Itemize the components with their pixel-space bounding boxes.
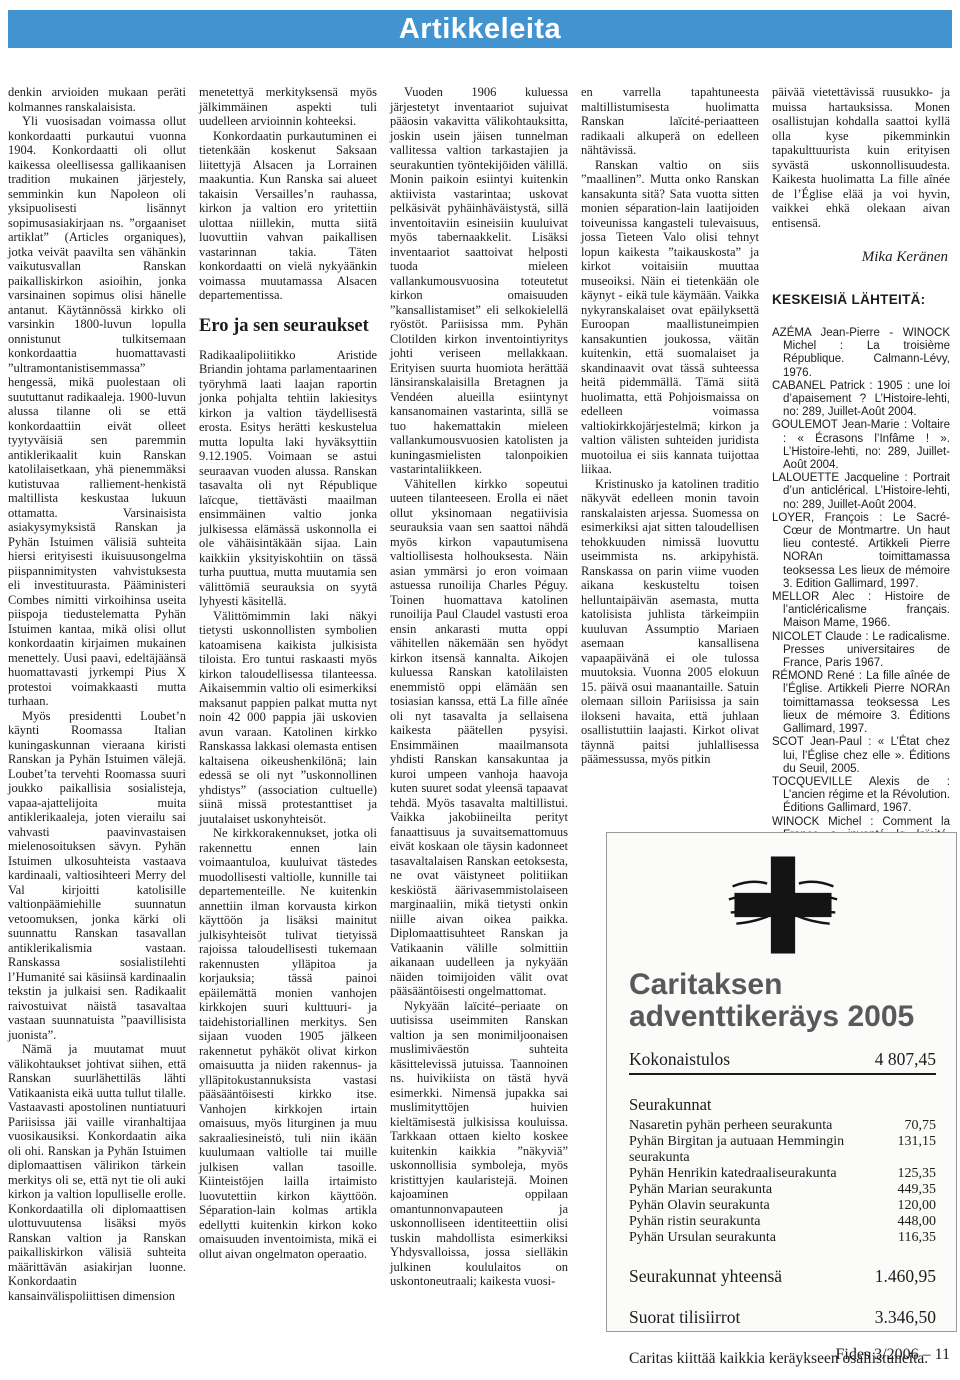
source-item: SCOT Jean-Paul : « L’État chez lui, l’Ég… — [772, 736, 950, 776]
paragraph: Vuoden 1906 kuluessa järjestetyt inventa… — [390, 85, 568, 477]
header-banner: Artikkeleita — [8, 10, 952, 48]
source-item: LOYER, François : Le Sacré-Cœur de Montm… — [772, 512, 950, 591]
paragraph: Välittömimmin laki näkyi tietysti uskonn… — [199, 609, 377, 827]
source-item: AZÉMA Jean-Pierre - WINOCK Michel : La t… — [772, 327, 950, 380]
paragraph: en varrella tapahtuneesta maltillistumis… — [581, 85, 759, 158]
source-item: TOCQUEVILLE Alexis de : L’ancien régime … — [772, 776, 950, 816]
source-item: CABANEL Patrick : 1905 : une loi d’apais… — [772, 380, 950, 420]
paragraph: Radikaalipoliitikko Aristide Briandin jo… — [199, 348, 377, 609]
table-row: Pyhän Ursulan seurakunta 116,35 — [629, 1230, 936, 1246]
transfers-row: Suorat tilisiirrot 3.346,50 — [629, 1307, 936, 1328]
sources-heading: KESKEISIÄ LÄHTEITÄ: — [772, 293, 950, 308]
caritas-title: Caritaksen adventtikeräys 2005 — [629, 969, 936, 1033]
paragraph: Nykyään laïcité–periaate on uutisissa us… — [390, 999, 568, 1289]
paragraph: Ne kirkkorakennukset, jotka oli rakennet… — [199, 826, 377, 1261]
paragraph: Yli vuosisadan voimassa ollut konkordaat… — [8, 114, 186, 709]
parish-value: 448,00 — [898, 1214, 937, 1230]
source-item: GOULEMOT Jean-Marie : Voltaire : « Écras… — [772, 419, 950, 472]
parishes-total-row: Seurakunnat yhteensä 1.460,95 — [629, 1266, 936, 1287]
table-row: Pyhän Birgitan ja autuaan Hemmingin seur… — [629, 1134, 936, 1166]
parish-name: Nasaretin pyhän perheen seurakunta — [629, 1118, 832, 1134]
table-row: Pyhän Olavin seurakunta 120,00 — [629, 1198, 936, 1214]
parish-name: Pyhän ristin seurakunta — [629, 1214, 760, 1230]
paragraph: denkin arvioiden mukaan peräti kolmannes… — [8, 85, 186, 114]
parishes-total-value: 1.460,95 — [875, 1266, 936, 1287]
total-label: Kokonaistulos — [629, 1049, 730, 1070]
parish-value: 120,00 — [898, 1198, 937, 1214]
parish-name: Pyhän Olavin seurakunta — [629, 1198, 770, 1214]
source-item: MELLOR Alec : Histoire de l’anticlérical… — [772, 591, 950, 631]
table-row: Nasaretin pyhän perheen seurakunta 70,75 — [629, 1118, 936, 1134]
parish-value: 70,75 — [905, 1118, 937, 1134]
parishes-total-label: Seurakunnat yhteensä — [629, 1266, 782, 1287]
paragraph: Nämä ja muutamat muut välikohtaukset joh… — [8, 1042, 186, 1303]
parish-name: Pyhän Henrikin katedraaliseurakunta — [629, 1166, 837, 1182]
paragraph: Ranskan valtio on siis ”maallinen”. Mutt… — [581, 158, 759, 477]
paragraph: Konkordaatin purkautuminen ei tietenkään… — [199, 129, 377, 303]
source-item: RÉMOND René : La fille aînée de l’Église… — [772, 670, 950, 736]
article-column-1: denkin arvioiden mukaan peräti kolmannes… — [8, 85, 186, 1335]
paragraph: Myös presidentti Loubet’n käynti Roomass… — [8, 709, 186, 1043]
table-row: Pyhän Marian seurakunta 449,35 — [629, 1182, 936, 1198]
paragraph: päivää vietettävissä ruusukko- ja muissa… — [772, 85, 950, 230]
total-row: Kokonaistulos 4 807,45 — [629, 1049, 936, 1075]
magazine-page: Artikkeleita denkin arvioiden mukaan per… — [0, 0, 960, 1380]
source-item: LALOUETTE Jacqueline : Portrait d’un ant… — [772, 472, 950, 512]
caritas-cross-icon — [727, 849, 839, 961]
sources-list: AZÉMA Jean-Pierre - WINOCK Michel : La t… — [772, 327, 950, 868]
article-column-2: menetettyä merkityksensä myös jälkimmäin… — [199, 85, 377, 1335]
author-byline: Mika Keränen — [772, 250, 948, 265]
source-item: NICOLET Claude : Le radicalisme. Presses… — [772, 631, 950, 671]
table-row: Pyhän Henrikin katedraaliseurakunta 125,… — [629, 1166, 936, 1182]
parish-value: 125,35 — [898, 1166, 937, 1182]
paragraph: menetettyä merkityksensä myös jälkimmäin… — [199, 85, 377, 129]
parish-value: 116,35 — [898, 1230, 936, 1246]
transfers-label: Suorat tilisiirrot — [629, 1307, 740, 1328]
parish-name: Pyhän Ursulan seurakunta — [629, 1230, 776, 1246]
table-row: Pyhän ristin seurakunta 448,00 — [629, 1214, 936, 1230]
parish-value: 131,15 — [898, 1134, 937, 1150]
paragraph: Kristinusko ja katolinen traditio näkyvä… — [581, 477, 759, 767]
paragraph: Vähitellen kirkko sopeutui uuteen tilant… — [390, 477, 568, 999]
parishes-heading: Seurakunnat — [629, 1095, 936, 1115]
parish-name: Pyhän Marian seurakunta — [629, 1182, 772, 1198]
section-heading: Ero ja sen seuraukset — [199, 316, 377, 337]
page-footer: Fides 3/2006 – 11 — [835, 1346, 950, 1364]
transfers-value: 3.346,50 — [875, 1307, 936, 1328]
page-title: Artikkeleita — [399, 13, 561, 46]
parish-value: 449,35 — [898, 1182, 937, 1198]
parish-name: Pyhän Birgitan ja autuaan Hemmingin seur… — [629, 1134, 898, 1166]
caritas-results-box: Caritaksen adventtikeräys 2005 Kokonaist… — [606, 832, 957, 1332]
article-column-3: Vuoden 1906 kuluessa järjestetyt inventa… — [390, 85, 568, 1335]
total-value: 4 807,45 — [875, 1049, 936, 1070]
